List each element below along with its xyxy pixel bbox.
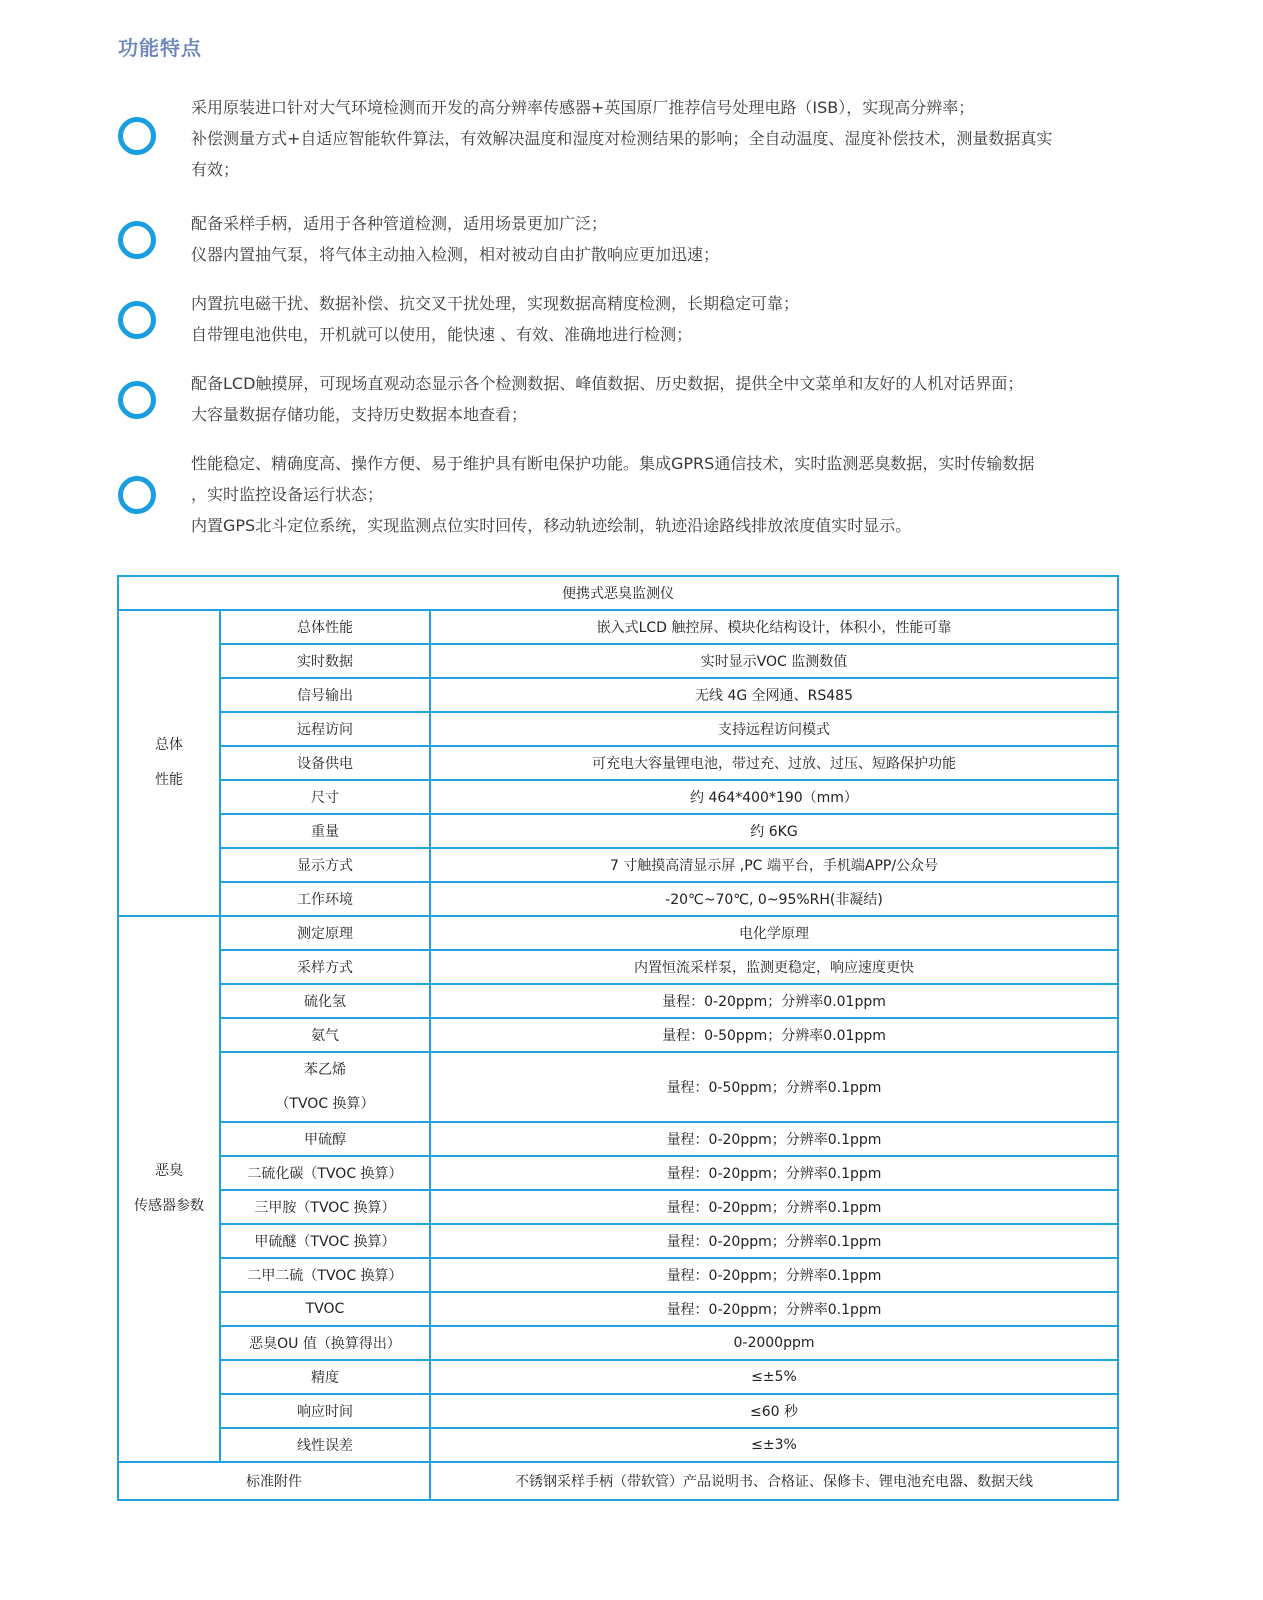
param-cell: 测定原理 (220, 916, 430, 950)
value-cell: 支持远程访问模式 (430, 712, 1118, 746)
param-cell: 二甲二硫（TVOC 换算） (220, 1258, 430, 1292)
param-cell: 设备供电 (220, 746, 430, 780)
feature-line: 性能稳定、精确度高、操作方便、易于维护具有断电保护功能。集成GPRS通信技术，实… (191, 448, 1151, 479)
table-row: 二硫化碳（TVOC 换算） 量程：0-20ppm；分辨率0.1ppm (118, 1156, 1118, 1190)
param-cell: 工作环境 (220, 882, 430, 916)
param-cell: 重量 (220, 814, 430, 848)
table-row: 总体 性能 总体性能 嵌入式LCD 触控屏、模块化结构设计，体积小，性能可靠 (118, 610, 1118, 644)
group-label-general: 总体 性能 (118, 610, 220, 916)
group-label-line: 传感器参数 (119, 1189, 219, 1224)
value-cell: 量程：0-20ppm；分辨率0.1ppm (430, 1156, 1118, 1190)
table-row: TVOC 量程：0-20ppm；分辨率0.1ppm (118, 1292, 1118, 1326)
accessories-label: 标准附件 (118, 1462, 430, 1500)
table-title-row: 便携式恶臭监测仪 (118, 576, 1118, 610)
feature-text: 采用原装进口针对大气环境检测而开发的高分辨率传感器+英国原厂推荐信号处理电路（I… (191, 92, 1151, 185)
value-cell: 量程：0-20ppm；分辨率0.01ppm (430, 984, 1118, 1018)
value-cell: 量程：0-50ppm；分辨率0.1ppm (430, 1052, 1118, 1122)
param-cell: 精度 (220, 1360, 430, 1394)
value-cell: 可充电大容量锂电池，带过充、过放、过压、短路保护功能 (430, 746, 1118, 780)
section-title: 功能特点 (118, 32, 202, 61)
spec-table: 便携式恶臭监测仪 总体 性能 总体性能 嵌入式LCD 触控屏、模块化结构设计，体… (117, 575, 1119, 1501)
value-cell: 量程：0-20ppm；分辨率0.1ppm (430, 1190, 1118, 1224)
table-row: 三甲胺（TVOC 换算） 量程：0-20ppm；分辨率0.1ppm (118, 1190, 1118, 1224)
param-cell: 恶臭OU 值（换算得出） (220, 1326, 430, 1360)
value-cell: 无线 4G 全网通、RS485 (430, 678, 1118, 712)
feature-line: 仪器内置抽气泵，将气体主动抽入检测，相对被动自由扩散响应更加迅速； (191, 239, 1151, 270)
table-row: 信号输出 无线 4G 全网通、RS485 (118, 678, 1118, 712)
table-row: 线性误差 ≤±3% (118, 1428, 1118, 1462)
group-label-line: 恶臭 (119, 1154, 219, 1189)
value-cell: 实时显示VOC 监测数值 (430, 644, 1118, 678)
value-cell: 量程：0-50ppm；分辨率0.01ppm (430, 1018, 1118, 1052)
group-label-line: 总体 (119, 728, 219, 763)
group-label-sensor: 恶臭 传感器参数 (118, 916, 220, 1462)
value-cell: ≤±5% (430, 1360, 1118, 1394)
table-row: 设备供电 可充电大容量锂电池，带过充、过放、过压、短路保护功能 (118, 746, 1118, 780)
param-cell: 尺寸 (220, 780, 430, 814)
feature-line: 有效； (191, 154, 1151, 185)
feature-line: 内置抗电磁干扰、数据补偿、抗交叉干扰处理，实现数据高精度检测，长期稳定可靠； (191, 288, 1151, 319)
value-cell: -20℃~70℃, 0~95%RH(非凝结) (430, 882, 1118, 916)
param-cell: TVOC (220, 1292, 430, 1326)
table-row: 氨气 量程：0-50ppm；分辨率0.01ppm (118, 1018, 1118, 1052)
table-row: 甲硫醚（TVOC 换算） 量程：0-20ppm；分辨率0.1ppm (118, 1224, 1118, 1258)
param-line: 苯乙烯 (221, 1053, 429, 1087)
param-cell: 苯乙烯 （TVOC 换算） (220, 1052, 430, 1122)
table-row: 恶臭 传感器参数 测定原理 电化学原理 (118, 916, 1118, 950)
param-cell: 采样方式 (220, 950, 430, 984)
table-row: 实时数据 实时显示VOC 监测数值 (118, 644, 1118, 678)
param-cell: 二硫化碳（TVOC 换算） (220, 1156, 430, 1190)
ring-bullet-icon (118, 301, 156, 339)
param-line: （TVOC 换算） (221, 1087, 429, 1121)
value-cell: ≤±3% (430, 1428, 1118, 1462)
value-cell: 约 464*400*190（mm） (430, 780, 1118, 814)
feature-line: 配备LCD触摸屏，可现场直观动态显示各个检测数据、峰值数据、历史数据，提供全中文… (191, 368, 1151, 399)
table-row: 二甲二硫（TVOC 换算） 量程：0-20ppm；分辨率0.1ppm (118, 1258, 1118, 1292)
param-cell: 总体性能 (220, 610, 430, 644)
feature-line: 补偿测量方式+自适应智能软件算法，有效解决温度和湿度对检测结果的影响；全自动温度… (191, 123, 1151, 154)
param-cell: 远程访问 (220, 712, 430, 746)
table-row: 采样方式 内置恒流采样泵，监测更稳定，响应速度更快 (118, 950, 1118, 984)
param-cell: 硫化氢 (220, 984, 430, 1018)
param-cell: 三甲胺（TVOC 换算） (220, 1190, 430, 1224)
value-cell: 内置恒流采样泵，监测更稳定，响应速度更快 (430, 950, 1118, 984)
param-cell: 甲硫醚（TVOC 换算） (220, 1224, 430, 1258)
table-row: 硫化氢 量程：0-20ppm；分辨率0.01ppm (118, 984, 1118, 1018)
value-cell: 量程：0-20ppm；分辨率0.1ppm (430, 1258, 1118, 1292)
feature-line: 配备采样手柄，适用于各种管道检测，适用场景更加广泛； (191, 208, 1151, 239)
feature-line: ，实时监控设备运行状态； (191, 479, 1151, 510)
table-row: 苯乙烯 （TVOC 换算） 量程：0-50ppm；分辨率0.1ppm (118, 1052, 1118, 1122)
feature-line: 自带锂电池供电，开机就可以使用，能快速 、有效、准确地进行检测； (191, 319, 1151, 350)
value-cell: 0-2000ppm (430, 1326, 1118, 1360)
table-row: 精度 ≤±5% (118, 1360, 1118, 1394)
feature-line: 大容量数据存储功能，支持历史数据本地查看； (191, 399, 1151, 430)
table-title: 便携式恶臭监测仪 (118, 576, 1118, 610)
value-cell: 约 6KG (430, 814, 1118, 848)
ring-bullet-icon (118, 476, 156, 514)
value-cell: 量程：0-20ppm；分辨率0.1ppm (430, 1224, 1118, 1258)
table-row: 尺寸 约 464*400*190（mm） (118, 780, 1118, 814)
param-cell: 实时数据 (220, 644, 430, 678)
param-cell: 显示方式 (220, 848, 430, 882)
param-cell: 氨气 (220, 1018, 430, 1052)
table-row: 甲硫醇 量程：0-20ppm；分辨率0.1ppm (118, 1122, 1118, 1156)
feature-text: 性能稳定、精确度高、操作方便、易于维护具有断电保护功能。集成GPRS通信技术，实… (191, 448, 1151, 541)
value-cell: 7 寸触摸高清显示屏 ,PC 端平台，手机端APP/公众号 (430, 848, 1118, 882)
table-row: 恶臭OU 值（换算得出） 0-2000ppm (118, 1326, 1118, 1360)
table-row: 显示方式 7 寸触摸高清显示屏 ,PC 端平台，手机端APP/公众号 (118, 848, 1118, 882)
feature-line: 采用原装进口针对大气环境检测而开发的高分辨率传感器+英国原厂推荐信号处理电路（I… (191, 92, 1151, 123)
value-cell: 嵌入式LCD 触控屏、模块化结构设计，体积小，性能可靠 (430, 610, 1118, 644)
value-cell: ≤60 秒 (430, 1394, 1118, 1428)
table-row: 重量 约 6KG (118, 814, 1118, 848)
accessories-value: 不锈钢采样手柄（带软管）产品说明书、合格证、保修卡、锂电池充电器、数据天线 (430, 1462, 1118, 1500)
value-cell: 电化学原理 (430, 916, 1118, 950)
group-label-line: 性能 (119, 763, 219, 798)
feature-line: 内置GPS北斗定位系统，实现监测点位实时回传，移动轨迹绘制，轨迹沿途路线排放浓度… (191, 510, 1151, 541)
table-row: 远程访问 支持远程访问模式 (118, 712, 1118, 746)
table-row: 响应时间 ≤60 秒 (118, 1394, 1118, 1428)
table-footer-row: 标准附件 不锈钢采样手柄（带软管）产品说明书、合格证、保修卡、锂电池充电器、数据… (118, 1462, 1118, 1500)
ring-bullet-icon (118, 117, 156, 155)
param-cell: 响应时间 (220, 1394, 430, 1428)
ring-bullet-icon (118, 381, 156, 419)
param-cell: 线性误差 (220, 1428, 430, 1462)
table-row: 工作环境 -20℃~70℃, 0~95%RH(非凝结) (118, 882, 1118, 916)
feature-text: 内置抗电磁干扰、数据补偿、抗交叉干扰处理，实现数据高精度检测，长期稳定可靠； 自… (191, 288, 1151, 350)
value-cell: 量程：0-20ppm；分辨率0.1ppm (430, 1292, 1118, 1326)
feature-text: 配备采样手柄，适用于各种管道检测，适用场景更加广泛； 仪器内置抽气泵，将气体主动… (191, 208, 1151, 270)
param-cell: 甲硫醇 (220, 1122, 430, 1156)
ring-bullet-icon (118, 221, 156, 259)
feature-text: 配备LCD触摸屏，可现场直观动态显示各个检测数据、峰值数据、历史数据，提供全中文… (191, 368, 1151, 430)
value-cell: 量程：0-20ppm；分辨率0.1ppm (430, 1122, 1118, 1156)
param-cell: 信号输出 (220, 678, 430, 712)
